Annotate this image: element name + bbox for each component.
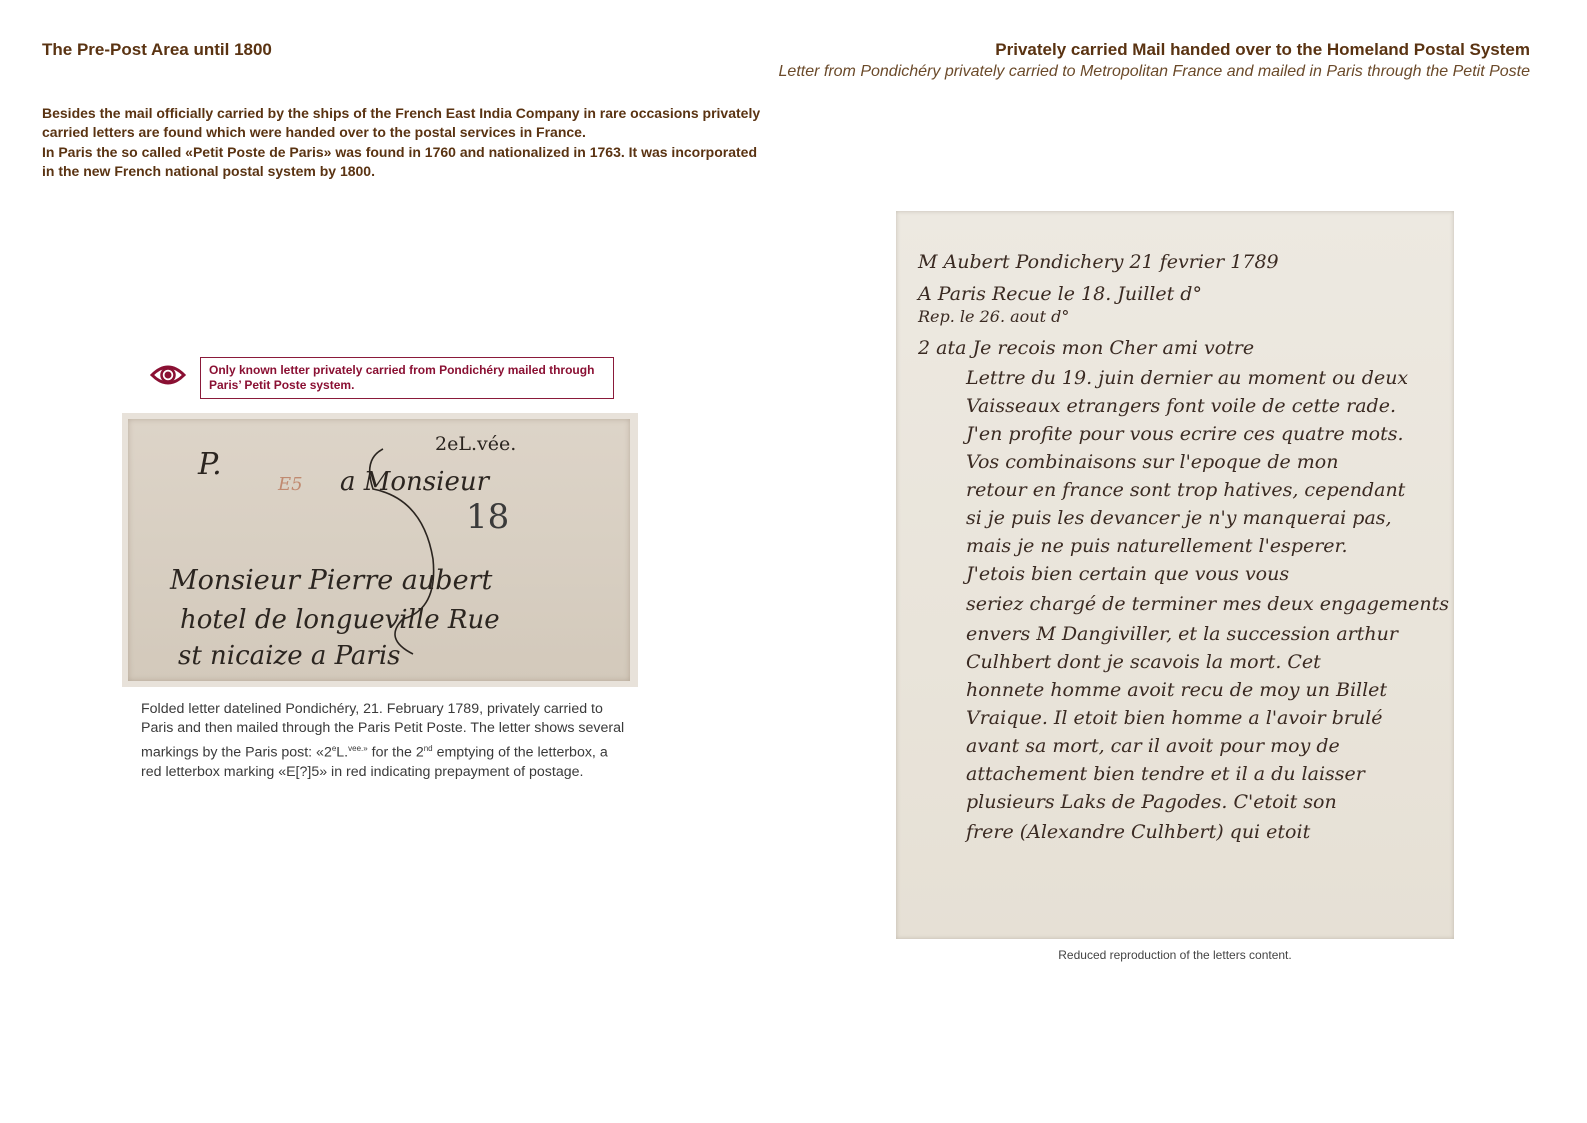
letter-line: Vos combinaisons sur l'epoque de mon: [966, 451, 1338, 473]
page-section-title: The Pre-Post Area until 1800: [42, 40, 272, 60]
page-title: Privately carried Mail handed over to th…: [779, 40, 1530, 60]
letter-content-image: M Aubert Pondichery 21 fevrier 1789 A Pa…: [896, 211, 1454, 939]
letter-line: J'etois bien certain que vous vous: [966, 563, 1289, 585]
letter-line: honnete homme avoit recu de moy un Bille…: [966, 679, 1387, 701]
intro-paragraph: Besides the mail officially carried by t…: [42, 104, 772, 143]
initial-marking: P.: [198, 447, 222, 482]
letter-line: Vraique. Il etoit bien homme a l'avoir b…: [966, 707, 1383, 729]
intro-text: Besides the mail officially carried by t…: [42, 104, 772, 182]
cover-letter-image: P. E5 2eL.vée. a Monsieur 18 Monsieur Pi…: [122, 413, 638, 687]
letter-line: seriez chargé de terminer mes deux engag…: [966, 593, 1449, 615]
letter-line: 2 ata Je recois mon Cher ami votre: [918, 337, 1254, 359]
letter-line: envers M Dangiviller, et la succession a…: [966, 623, 1398, 645]
highlight-callout: Only known letter privately carried from…: [200, 357, 614, 399]
letter-line: mais je ne puis naturellement l'esperer.: [966, 535, 1348, 557]
page-subtitle: Letter from Pondichéry privately carried…: [779, 63, 1530, 81]
postmark: 2eL.vée.: [435, 433, 516, 455]
letter-line: frere (Alexandre Culhbert) qui etoit: [966, 821, 1310, 843]
letter-line: M Aubert Pondichery 21 fevrier 1789: [918, 251, 1279, 273]
letter-line: Vaisseaux etrangers font voile de cette …: [966, 395, 1396, 417]
page-header: Privately carried Mail handed over to th…: [779, 40, 1530, 81]
rate-marking: 18: [466, 497, 509, 537]
letter-line: J'en profite pour vous ecrire ces quatre…: [966, 423, 1404, 445]
letter-content-caption: Reduced reproduction of the letters cont…: [1000, 948, 1350, 962]
letter-line: si je puis les devancer je n'y manquerai…: [966, 507, 1392, 529]
address-line: hotel de longueville Rue: [180, 605, 500, 635]
address-line: Monsieur Pierre aubert: [170, 565, 492, 596]
letter-line: plusieurs Laks de Pagodes. C'etoit son: [966, 791, 1337, 813]
caption-text: for the 2: [368, 745, 424, 761]
letter-line: attachement bien tendre et il a du laiss…: [966, 763, 1365, 785]
red-letterbox-marking: E5: [278, 474, 303, 495]
letter-line: retour en france sont trop hatives, cepe…: [966, 479, 1405, 501]
caption-text: L.: [336, 745, 348, 761]
cover-letter-caption: Folded letter datelined Pondichéry, 21. …: [141, 700, 631, 782]
pen-stroke: [353, 439, 443, 659]
letter-line: Culhbert dont je scavois la mort. Cet: [966, 651, 1321, 673]
letter-line: A Paris Recue le 18. Juillet d°: [918, 283, 1202, 305]
intro-paragraph: In Paris the so called «Petit Poste de P…: [42, 143, 772, 182]
caption-sup: vee.»: [348, 744, 368, 753]
letter-line: avant sa mort, car il avoit pour moy de: [966, 735, 1340, 757]
letter-line: Lettre du 19. juin dernier au moment ou …: [966, 367, 1408, 389]
caption-sup: nd: [424, 744, 433, 753]
letter-line: Rep. le 26. aout d°: [918, 307, 1069, 326]
eye-icon: [150, 362, 186, 388]
cover-paper: P. E5 2eL.vée. a Monsieur 18 Monsieur Pi…: [128, 419, 630, 681]
